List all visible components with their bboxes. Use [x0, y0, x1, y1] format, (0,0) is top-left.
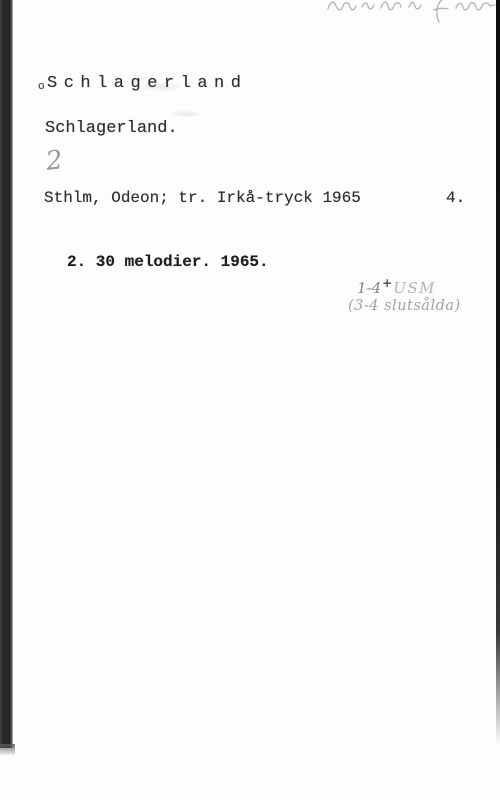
scan-left-edge-bar-fade	[0, 744, 15, 756]
paper-smudge	[168, 110, 204, 118]
card-title: Schlagerland.	[45, 119, 178, 138]
scanned-catalog-card: o Schlagerland Schlagerland. Sthlm, Odeo…	[0, 0, 500, 800]
scan-left-edge-bar	[0, 0, 13, 748]
card-entry-line: 2. 30 melodier. 1965.	[67, 253, 269, 271]
handwritten-holdings-line2: (3-4 slutsålda)	[348, 298, 461, 314]
card-right-margin-number: 4.	[446, 189, 465, 207]
handwritten-holdings-line1: 1-4+USM	[357, 276, 436, 297]
scan-right-edge-line	[496, 0, 500, 745]
card-imprint: Sthlm, Odeon; tr. Irkå-tryck 1965	[44, 189, 361, 207]
handwritten-inscription-top-right	[326, 0, 498, 24]
card-heading: Schlagerland	[47, 74, 247, 93]
holdings-range: 1-4	[357, 279, 381, 297]
holdings-sigla: USM	[393, 279, 436, 297]
typed-ring-mark: o	[38, 81, 45, 93]
holdings-plus-mark: +	[382, 276, 392, 290]
handwritten-number: 2	[44, 145, 64, 177]
